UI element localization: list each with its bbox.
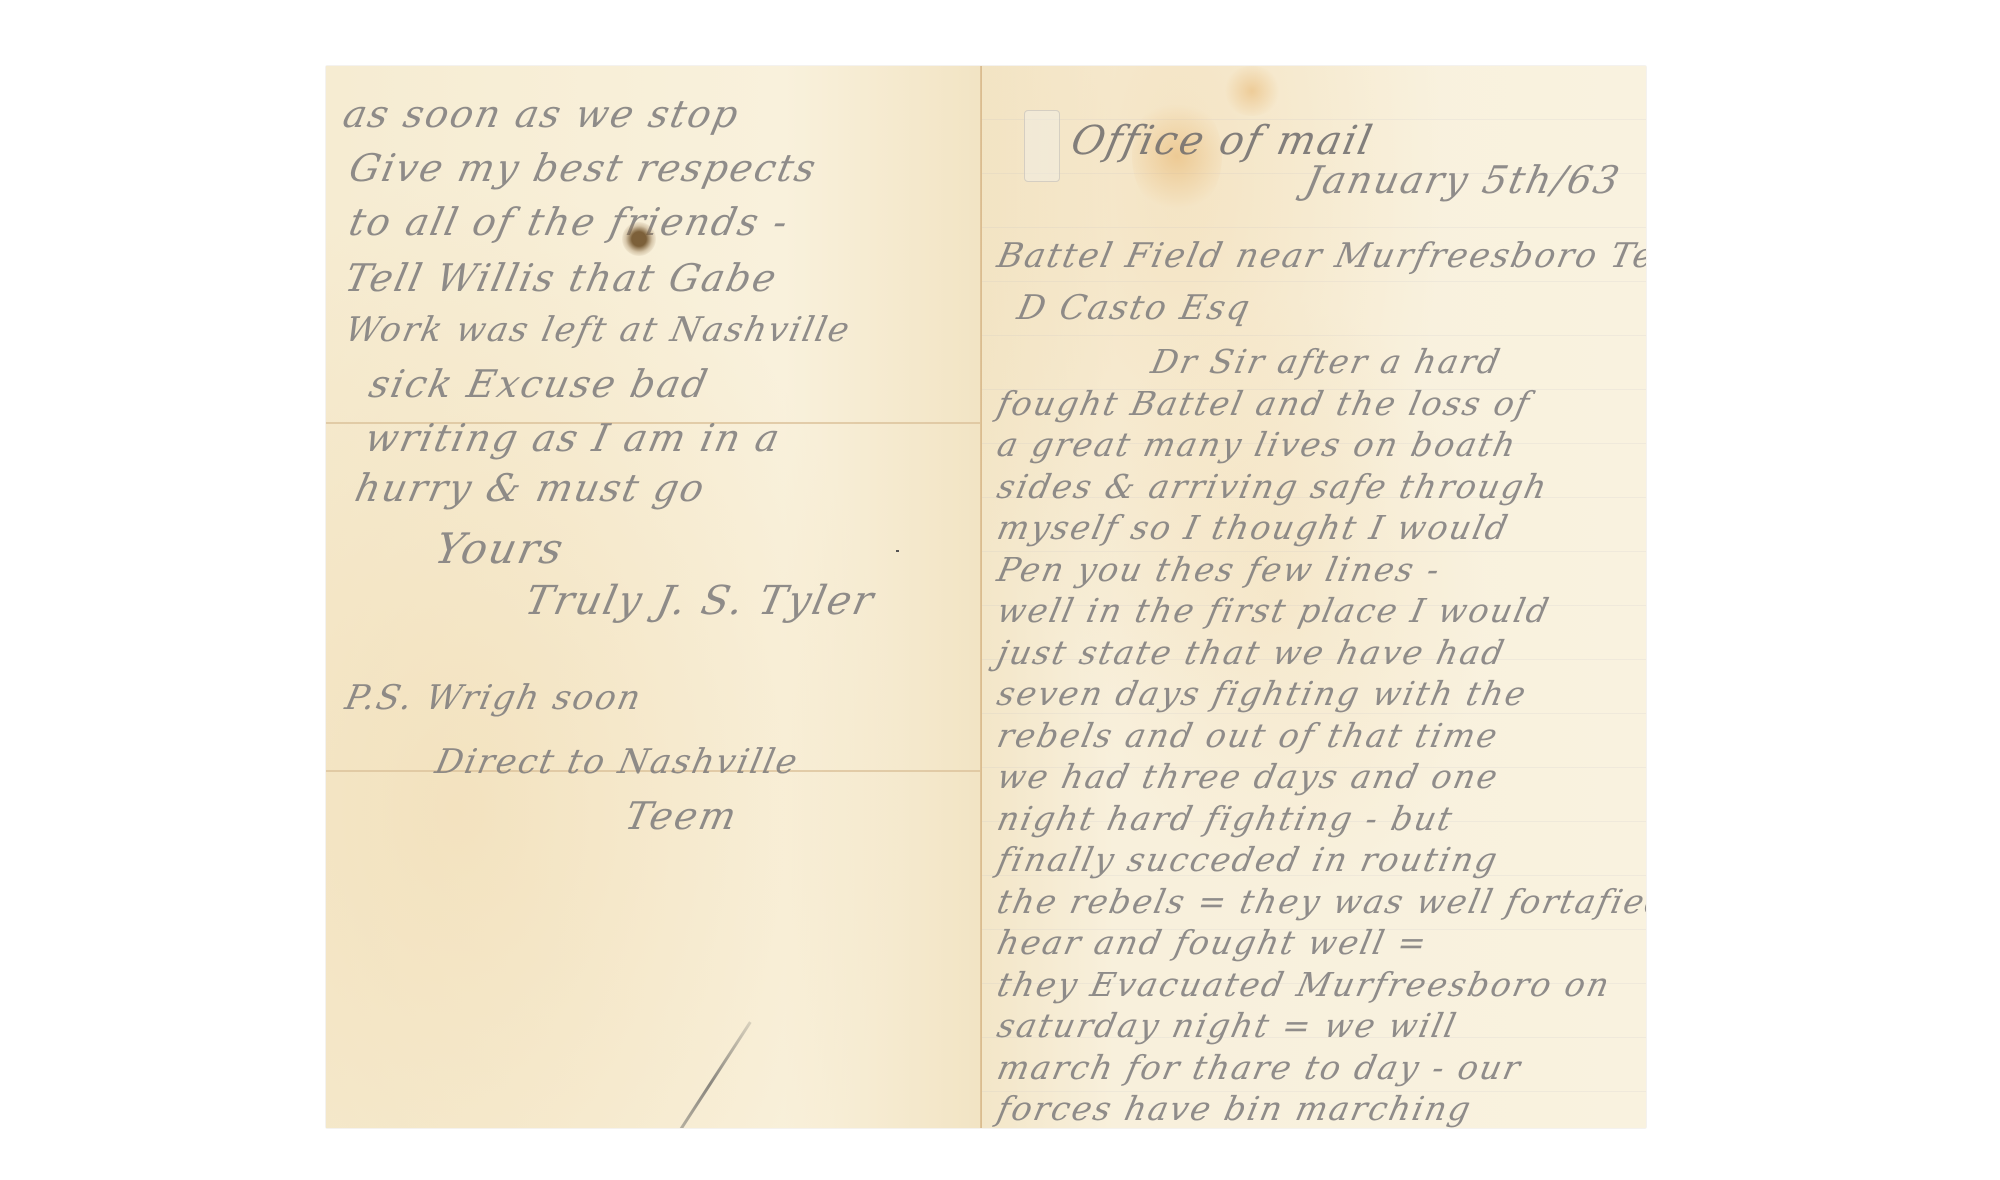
right-line-19: forces have bin marching	[994, 1089, 1476, 1128]
right-line-2: fought Battel and the loss of	[994, 384, 1535, 423]
right-line-18: march for thare to day - our	[994, 1048, 1526, 1087]
right-line-9: seven days fighting with the	[994, 674, 1531, 713]
left-line-3: to all of the friends -	[345, 200, 793, 244]
right-line-1: Dr Sir after a hard	[1148, 342, 1505, 381]
pencil-mark	[667, 1021, 751, 1128]
right-line-16: they Evacuated Murfreesboro on	[994, 965, 1615, 1004]
postscript-sign: Teem	[621, 794, 742, 838]
left-line-7: writing as I am in a	[361, 416, 785, 460]
left-line-4: Tell Willis that Gabe	[341, 256, 782, 300]
right-line-8: just state that we have had	[994, 633, 1509, 672]
left-line-2: Give my best respects	[345, 146, 821, 190]
right-line-11: we had three days and one	[994, 757, 1503, 796]
right-line-17: saturday night = we will	[994, 1006, 1461, 1045]
left-line-5: Work was left at Nashville	[342, 310, 855, 350]
letter-date: January 5th/63	[1301, 158, 1625, 202]
left-line-8: hurry & must go	[351, 466, 710, 510]
speck	[896, 550, 899, 552]
letter-sheet: as soon as we stop Give my best respects…	[326, 66, 1646, 1128]
signature: Truly J. S. Tyler	[521, 578, 879, 624]
right-line-15: hear and fought well =	[994, 923, 1432, 962]
right-page: Office of mail January 5th/63 Battel Fie…	[982, 66, 1646, 1128]
right-line-10: rebels and out of that time	[994, 716, 1503, 755]
postscript-line-2: Direct to Nashville	[432, 742, 803, 782]
addressee: D Casto Esq	[1014, 288, 1255, 328]
right-line-6: Pen you thes few lines -	[994, 550, 1445, 589]
right-line-12: night hard fighting - but	[994, 799, 1458, 838]
left-line-6: sick Excuse bad	[365, 362, 713, 406]
left-line-1: as soon as we stop	[339, 92, 744, 136]
closing: Yours	[431, 524, 569, 573]
right-line-3: a great many lives on boath	[994, 425, 1521, 464]
right-line-14: the rebels = they was well fortafied	[994, 882, 1646, 921]
right-line-4: sides & arriving safe through	[994, 467, 1552, 506]
letter-location: Battel Field near Murfreesboro Tenn	[994, 236, 1646, 276]
postscript-line-1: P.S. Wrigh soon	[342, 678, 646, 718]
left-page: as soon as we stop Give my best respects…	[326, 66, 980, 1128]
ink-blot	[622, 222, 656, 256]
embossed-stamp	[1024, 110, 1060, 182]
right-line-7: well in the first place I would	[994, 591, 1554, 630]
stain	[1222, 66, 1282, 116]
right-line-5: myself so I thought I would	[994, 508, 1513, 547]
right-line-13: finally succeded in routing	[994, 840, 1503, 879]
